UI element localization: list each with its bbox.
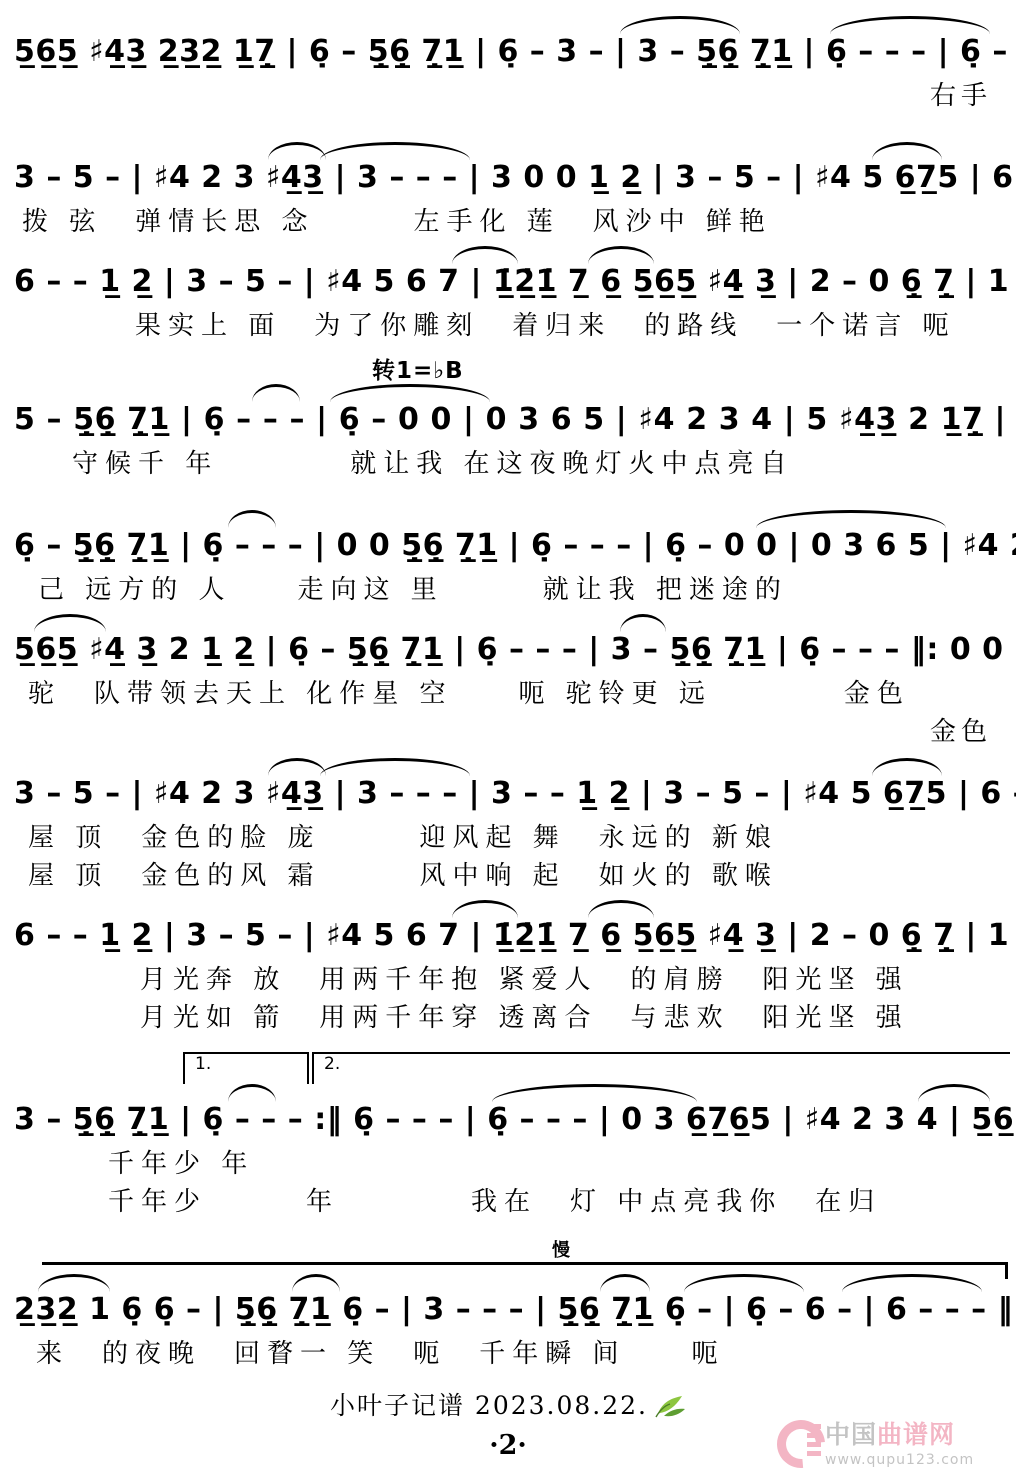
- score-system-5: 6̣ – 5̲̣6̲̣ 7̲̣1̲ | 6̣ – – – | 0 0 5̲̣6̲…: [0, 508, 1016, 606]
- lyric-line: 拨 弦 弹情长思 念 左手化 莲 风沙中 鲜艳: [22, 204, 1016, 238]
- lyric-line: 月光如 箭 用两千年穿 透离合 与悲欢 阳光坚 强: [140, 1000, 1016, 1034]
- volta-bracket-2: 2.: [312, 1052, 1010, 1084]
- score-system-3: 6 – – 1̲ 2̲ | 3 – 5 – | ♯4 5 6 7 | 1̲̇2̇…: [0, 244, 1016, 342]
- lyric-line: 月光奔 放 用两千年抱 紧爱人 的肩膀 阳光坚 强: [140, 962, 1016, 996]
- lyric-line: 己 远方的 人 走向这 里 就让我 把迷途的: [38, 572, 1016, 606]
- lyric-line: 屋 顶 金色的脸 庞 迎风起 舞 永远的 新娘: [28, 820, 1016, 854]
- notation-line: 6̣ – 5̲̣6̲̣ 7̲̣1̲ | 6̣ – – – | 0 0 5̲̣6̲…: [14, 508, 1006, 568]
- notation-line: 3 – 5 – | ♯4 2 3 ♯4̲3̲ | 3 – – – | 3 0 0…: [14, 140, 1006, 200]
- credit-text: 小叶子记谱 2023.08.22.: [330, 1391, 648, 1420]
- score-system-6: 5̲6̲5̲ ♯4̲ 3̲ 2 1̲ 2̲ | 6̣ – 5̲̣6̲̣ 7̲̣1…: [0, 612, 1016, 748]
- score-system-4: 转1=♭B 5 – 5̲̣6̲̣ 7̲̣1̲ | 6̣ – – – | 6̣ –…: [0, 352, 1016, 480]
- notation-line: 5̲6̲5̲ ♯4̲3̲ 2̲3̲2̲ 1̲7̲̣ | 6̣ – 5̲̣6̲̣ …: [14, 14, 1006, 74]
- score-system-2: 3 – 5 – | ♯4 2 3 ♯4̲3̲ | 3 – – – | 3 0 0…: [0, 140, 1016, 238]
- lyric-line: 果实上 面 为了你雕刻 着归来 的路线 一个诺言 呃: [135, 308, 1016, 342]
- score-system-1: 5̲6̲5̲ ♯4̲3̲ 2̲3̲2̲ 1̲7̲̣ | 6̣ – 5̲̣6̲̣ …: [0, 14, 1016, 112]
- volta-label-2: 2.: [324, 1054, 340, 1074]
- score-system-8: 6 – – 1̲ 2̲ | 3 – 5 – | ♯4 5 6 7 | 1̲̇2̇…: [0, 898, 1016, 1034]
- notation-line: 6 – – 1̲ 2̲ | 3 – 5 – | ♯4 5 6 7 | 1̲̇2̇…: [14, 244, 1006, 304]
- lyric-line: 来 的夜晚 回瞀一 笑 呃 千年瞬 间 呃: [36, 1336, 1016, 1370]
- volta-bracket-1: 1.: [183, 1052, 309, 1084]
- score-system-10: 慢 2̲3̲2̲ 1 6̣ 6̣ – | 5̲̣6̲̣ 7̲̣1̲ 6̣ – |…: [0, 1232, 1016, 1370]
- key-change-mark: 转1=♭B: [372, 352, 464, 385]
- notation-line: 5 – 5̲̣6̲̣ 7̲̣1̲ | 6̣ – – – | 6̣ – 0 0 |…: [14, 382, 1006, 442]
- notation-line: 2̲3̲2̲ 1 6̣ 6̣ – | 5̲̣6̲̣ 7̲̣1̲ 6̣ – | 3…: [14, 1272, 1006, 1332]
- notation-line: 5̲6̲5̲ ♯4̲ 3̲ 2 1̲ 2̲ | 6̣ – 5̲̣6̲̣ 7̲̣1…: [14, 612, 1006, 672]
- lyric-line: 千年少 年: [108, 1146, 1016, 1180]
- watermark-brand-rest: 曲谱网: [877, 1420, 955, 1449]
- tempo-mark: 慢: [552, 1236, 570, 1262]
- notation-line: 6 – – 1̲ 2̲ | 3 – 5 – | ♯4 5 6 7 | 1̲̇2̇…: [14, 898, 1006, 958]
- lyric-line: 屋 顶 金色的风 霜 风中响 起 如火的 歌喉: [28, 858, 1016, 892]
- watermark: 中国曲谱网 www.qupu123.com: [777, 1415, 1012, 1468]
- lyric-line: 守候千 年 就让我 在这夜晚灯火中点亮自: [72, 446, 1016, 480]
- watermark-brand-cn: 中国: [825, 1420, 877, 1449]
- volta-label-1: 1.: [195, 1054, 211, 1074]
- score-system-7: 3 – 5 – | ♯4 2 3 ♯4̲3̲ | 3 – – – | 3 – –…: [0, 756, 1016, 892]
- watermark-url: www.qupu123.com: [825, 1452, 974, 1468]
- sheet-music-page: 5̲6̲5̲ ♯4̲3̲ 2̲3̲2̲ 1̲7̲̣ | 6̣ – 5̲̣6̲̣ …: [0, 0, 1016, 1476]
- score-system-9: 1. 2. 3 – 5̲̣6̲̣ 7̲̣1̲ | 6̣ – – – :‖ 6̣ …: [0, 1052, 1016, 1218]
- notation-line: 3 – 5̲̣6̲̣ 7̲̣1̲ | 6̣ – – – :‖ 6̣ – – – …: [14, 1082, 1006, 1142]
- leaf-icon: [652, 1392, 686, 1424]
- notation-line: 3 – 5 – | ♯4 2 3 ♯4̲3̲ | 3 – – – | 3 – –…: [14, 756, 1006, 816]
- hand-label: 右手: [0, 78, 1016, 112]
- lyric-line: 金色: [0, 714, 1016, 748]
- lyric-line: 驼 队带领去天上 化作星 空 呃 驼铃更 远 金色: [28, 676, 1016, 710]
- qupu-logo-icon: [777, 1416, 821, 1468]
- lyric-line: 千年少 年 我在 灯 中点亮我你 在归: [108, 1184, 1016, 1218]
